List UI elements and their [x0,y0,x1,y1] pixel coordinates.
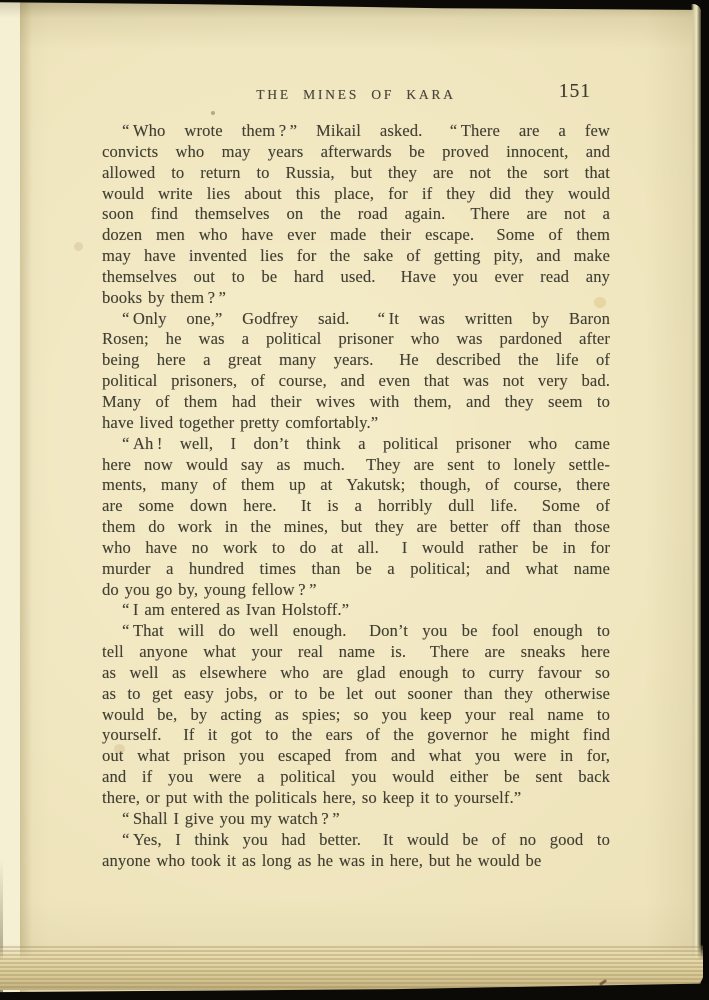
running-head: THE MINES OF KARA 151 [102,84,610,106]
text-line: and if you were a political you would ei… [102,767,610,788]
facing-page-edge [0,0,20,1000]
text-line: who have no work to do at all. I would r… [102,538,610,559]
page-gutter-shadow [20,0,32,1000]
text-line: Rosen; he was a political prisoner who w… [102,329,610,350]
right-photo-border [701,0,709,1000]
text-line: “ Who wrote them ? ” Mikail asked. “ The… [102,121,610,142]
text-line: are some down here. It is a horribly dul… [102,496,610,517]
text-line: “ Only one,” Godfrey said. “ It was writ… [102,309,610,330]
stacked-page-edges [0,944,703,990]
text-line: themselves out to be hard used. Have you… [102,267,610,288]
text-line: there, or put with the politicals here, … [102,788,610,809]
text-line: as to get easy jobs, or to be let out so… [102,684,610,705]
text-line: murder a hundred times than be a politic… [102,559,610,580]
text-line: would write lies about this place, for i… [102,184,610,205]
text-line: books by them ? ” [102,288,610,309]
text-line: do you go by, young fellow ? ” [102,580,610,601]
text-line: “ Yes, I think you had better. It would … [102,830,610,851]
text-line: “ That will do well enough. Don’t you be… [102,621,610,642]
text-line: dozen men who have ever made their escap… [102,225,610,246]
text-line: allowed to return to Russia, but they ar… [102,163,610,184]
text-line: “ Shall I give you my watch ? ” [102,809,610,830]
body-text-block: “ Who wrote them ? ” Mikail asked. “ The… [102,121,610,871]
paper-speck [211,111,215,115]
text-line: tell anyone what your real name is. Ther… [102,642,610,663]
text-line: ments, many of them up at Yakutsk; thoug… [102,475,610,496]
text-line: would be, by acting as spies; so you kee… [102,705,610,726]
text-line: them do work in the mines, but they are … [102,517,610,538]
top-photo-border [0,0,709,10]
running-title: THE MINES OF KARA [102,87,610,103]
text-line: yourself. If it got to the ears of the g… [102,725,610,746]
text-line: convicts who may years afterwards be pro… [102,142,610,163]
text-line: out what prison you escaped from and wha… [102,746,610,767]
text-line: “ Ah ! well, I don’t think a political p… [102,434,610,455]
text-line: may have invented lies for the sake of g… [102,246,610,267]
paper-stain [74,242,83,251]
text-line: as well as elsewhere who are glad enough… [102,663,610,684]
text-line: political prisoners, of course, and even… [102,371,610,392]
text-line: “ I am entered as Ivan Holstoff.” [102,600,610,621]
book-page-scan: THE MINES OF KARA 151 “ Who wrote them ?… [0,0,709,1000]
text-line: here now would say as much. They are sen… [102,455,610,476]
page-fore-edge [691,4,701,1000]
text-line: being here a great many years. He descri… [102,350,610,371]
text-line: have lived together pretty comfortably.” [102,413,610,434]
text-line: Many of them had their wives with them, … [102,392,610,413]
text-line: soon find themselves on the road again. … [102,204,610,225]
text-line: anyone who took it as long as he was in … [102,851,610,872]
page-number: 151 [559,81,591,103]
